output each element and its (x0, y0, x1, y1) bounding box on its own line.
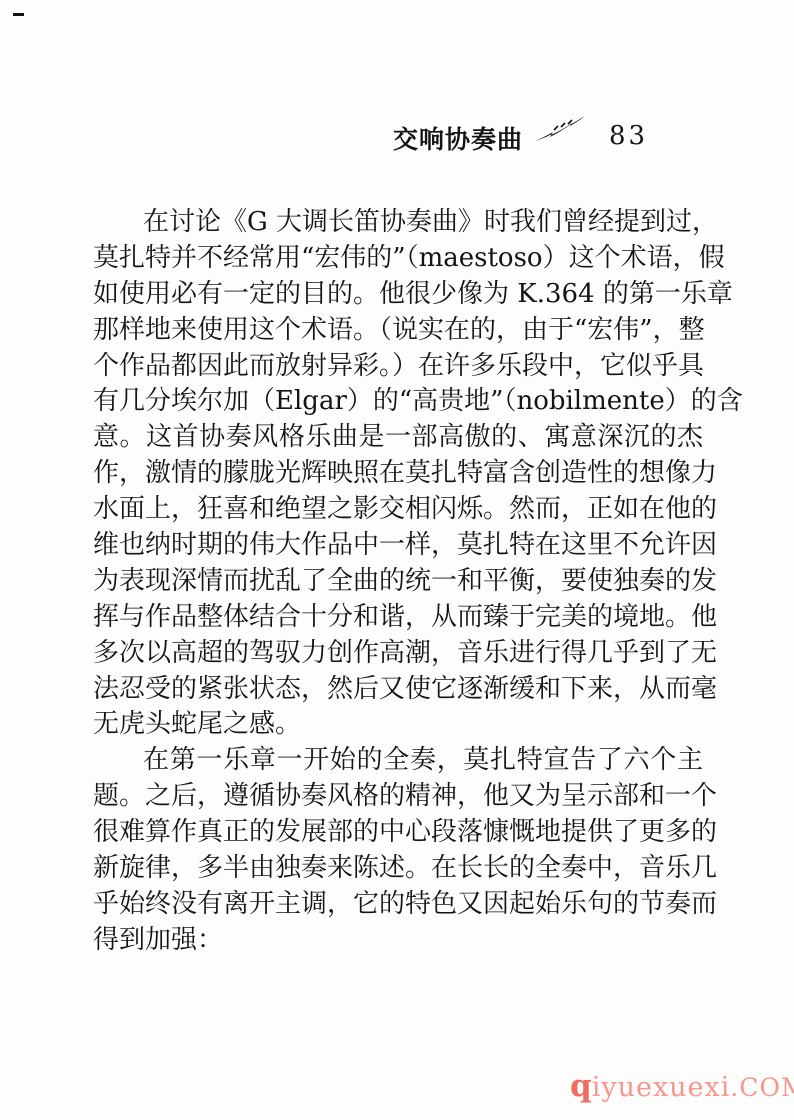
watermark-middle: iyuexuexi (592, 1072, 731, 1103)
text-line: 为表现深情而扰乱了全曲的统一和平衡，要使独奏的发 (93, 564, 703, 600)
watermark-prefix: q (570, 1068, 592, 1104)
watermark-suffix: .COM (730, 1073, 794, 1102)
scan-dash-artifact (13, 13, 24, 16)
running-head-title: 交响协奏曲 (393, 120, 523, 156)
text-line: 在第一乐章一开始的全奏，莫扎特宣告了六个主 (93, 743, 703, 779)
quill-flourish-icon (534, 115, 586, 143)
body-text: 在讨论《G 大调长笛协奏曲》时我们曾经提到过， 莫扎特并不经常用“宏伟的”（ma… (93, 205, 703, 959)
text-line: 法忍受的紧张状态，然后又使它逐渐缓和下来，从而毫 (93, 672, 703, 708)
text-line: 很难算作真正的发展部的中心段落慷慨地提供了更多的 (93, 815, 703, 851)
text-line: 个作品都因此而放射异彩。）在许多乐段中，它似乎具 (93, 349, 703, 385)
text-line: 乎始终没有离开主调，它的特色又因起始乐句的节奏而 (93, 887, 703, 923)
text-line: 维也纳时期的伟大作品中一样，莫扎特在这里不允许因 (93, 528, 703, 564)
watermark: qiyuexuexi.COM (570, 1068, 794, 1104)
text-line: 在讨论《G 大调长笛协奏曲》时我们曾经提到过， (93, 205, 703, 241)
book-page: 交响协奏曲 83 在讨论《G 大调长笛协奏曲》时我们曾经提到过， 莫扎特并不经常… (0, 0, 794, 1120)
text-line: 作，激情的朦胧光辉映照在莫扎特富含创造性的想像力 (93, 456, 703, 492)
text-line: 那样地来使用这个术语。（说实在的，由于“宏伟”，整 (93, 313, 703, 349)
text-line: 如使用必有一定的目的。他很少像为 K.364 的第一乐章 (93, 277, 703, 313)
text-line: 挥与作品整体结合十分和谐，从而臻于完美的境地。他 (93, 600, 703, 636)
text-line: 新旋律，多半由独奏来陈述。在长长的全奏中，音乐几 (93, 851, 703, 887)
text-line: 意。这首协奏风格乐曲是一部高傲的、寓意深沉的杰 (93, 420, 703, 456)
text-line: 多次以高超的驾驭力创作高潮，音乐进行得几乎到了无 (93, 636, 703, 672)
text-line: 水面上，狂喜和绝望之影交相闪烁。然而，正如在他的 (93, 492, 703, 528)
text-line: 有几分埃尔加（Elgar）的“高贵地”（nobilmente）的含 (93, 384, 703, 420)
text-line: 得到加强： (93, 923, 703, 959)
text-line: 题。之后，遵循协奏风格的精神，他又为呈示部和一个 (93, 779, 703, 815)
text-line: 无虎头蛇尾之感。 (93, 707, 703, 743)
text-line: 莫扎特并不经常用“宏伟的”（maestoso）这个术语，假 (93, 241, 703, 277)
page-number: 83 (609, 121, 648, 151)
